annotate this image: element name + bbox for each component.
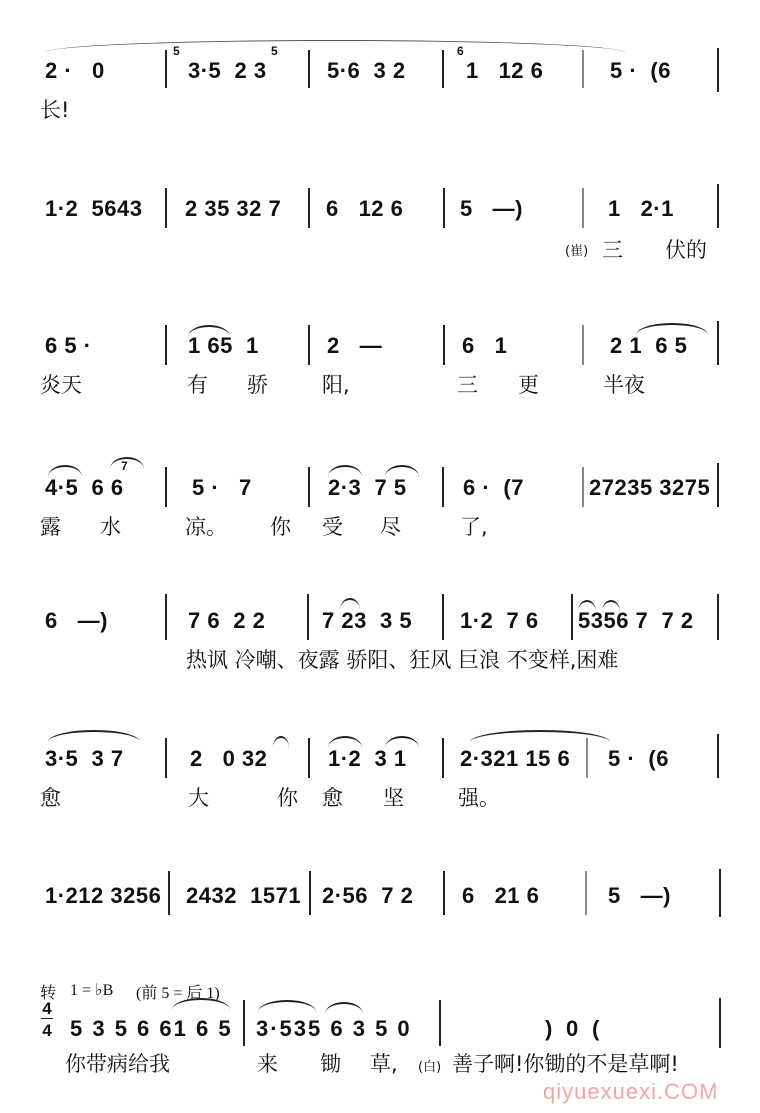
barline bbox=[165, 325, 167, 365]
measure-notes: 1 12 6 bbox=[466, 58, 543, 84]
barline bbox=[443, 871, 445, 915]
measure-notes: 5 —) bbox=[608, 883, 671, 909]
barline bbox=[717, 594, 719, 640]
lyric-text: 更 bbox=[518, 369, 539, 399]
lyric-text: 阳, bbox=[322, 369, 350, 399]
measure-notes: 5·6 3 2 bbox=[327, 58, 406, 84]
time-signature-line bbox=[41, 1018, 53, 1019]
lyric-text: 愈 bbox=[322, 782, 343, 812]
lyric-text: 炎天 bbox=[40, 369, 82, 399]
watermark: qiyuexuexi.COM bbox=[543, 1079, 718, 1105]
measure-notes: 5 · (6 bbox=[610, 58, 671, 84]
barline bbox=[243, 1000, 245, 1046]
grace-note: 5 bbox=[271, 44, 278, 58]
barline bbox=[165, 188, 167, 228]
barline bbox=[308, 188, 310, 228]
barline bbox=[582, 467, 584, 507]
measure-notes: 3·5 3 7 bbox=[45, 746, 124, 772]
measure-notes: 2 · 0 bbox=[45, 58, 105, 84]
slur-arc bbox=[325, 1002, 363, 1014]
tie-arc bbox=[45, 40, 625, 55]
barline bbox=[308, 325, 310, 365]
measure-notes: 1·212 3256 bbox=[45, 883, 161, 909]
measure-notes: 1 65 1 bbox=[188, 333, 259, 359]
barline bbox=[717, 734, 719, 778]
lyric-text: 露 bbox=[40, 511, 61, 541]
barline bbox=[439, 1000, 441, 1046]
barline bbox=[165, 738, 167, 778]
barline bbox=[717, 184, 719, 228]
measure-notes: 6 5 · bbox=[45, 333, 92, 359]
slur-arc bbox=[48, 730, 140, 742]
music-score: 2 · 0 5 5 3·5 2 3 5·6 3 2 6 1 12 6 5 · (… bbox=[0, 0, 760, 1113]
lyric-text: 锄 bbox=[320, 1048, 341, 1078]
barline bbox=[168, 871, 170, 915]
time-signature-bottom: 4 bbox=[40, 1022, 54, 1039]
time-signature-top: 4 bbox=[40, 1000, 54, 1017]
lyric-text: 长! bbox=[40, 94, 69, 124]
lyric-text: 你 bbox=[270, 511, 291, 541]
measure-notes: 1·2 5643 bbox=[45, 196, 142, 222]
lyric-text: 三 bbox=[602, 234, 623, 264]
measure-notes: 7 6 2 2 bbox=[188, 608, 265, 634]
lyric-text: 你带病给我 bbox=[65, 1048, 170, 1078]
barline bbox=[165, 467, 167, 507]
slur-arc bbox=[273, 736, 289, 748]
measure-notes: 2 35 32 7 bbox=[185, 196, 281, 222]
measure-notes: 6 —) bbox=[45, 608, 108, 634]
spoken-marker: (白) bbox=[418, 1056, 441, 1075]
measure-notes: 27235 3275 bbox=[589, 475, 710, 501]
measure-notes: 1·2 3 1 bbox=[328, 746, 407, 772]
slur-arc bbox=[258, 1000, 316, 1012]
lyric-text: 三 bbox=[457, 369, 478, 399]
key-signature: 1 = ♭B bbox=[70, 980, 113, 1000]
lyric-text: 凉。 bbox=[185, 511, 227, 541]
measure-notes: 3·535 6 3 5 0 bbox=[256, 1016, 412, 1042]
lyric-text: 了, bbox=[460, 511, 488, 541]
barline bbox=[442, 467, 444, 507]
barline bbox=[719, 869, 721, 917]
barline bbox=[717, 321, 719, 365]
slur-arc bbox=[470, 730, 610, 742]
barline bbox=[165, 594, 167, 640]
barline bbox=[442, 594, 444, 640]
lyric-text: 尽 bbox=[380, 511, 401, 541]
measure-notes: 2·3 7 5 bbox=[328, 475, 407, 501]
measure-notes: 2·56 7 2 bbox=[322, 883, 413, 909]
measure-notes: 5 3 5 6 61 6 5 bbox=[70, 1016, 233, 1042]
measure-notes: 2432 1571 bbox=[186, 883, 301, 909]
lyric-text: 半夜 bbox=[603, 369, 645, 399]
lyric-text: 来 bbox=[257, 1048, 278, 1078]
measure-notes: 2 — bbox=[327, 333, 382, 359]
grace-note: 5 bbox=[173, 44, 180, 58]
grace-note: 7 bbox=[121, 459, 128, 473]
lyric-text: 水 bbox=[100, 511, 121, 541]
barline bbox=[585, 871, 587, 915]
measure-notes: 1 2·1 bbox=[608, 196, 674, 222]
measure-notes: 7 23 3 5 bbox=[322, 608, 412, 634]
measure-notes: 2 1 6 5 bbox=[610, 333, 687, 359]
barline bbox=[443, 325, 445, 365]
measure-notes: 3·5 2 3 bbox=[188, 58, 267, 84]
measure-notes: 5 · (6 bbox=[608, 746, 669, 772]
barline bbox=[717, 48, 719, 92]
lyric-text: 坚 bbox=[383, 782, 404, 812]
measure-notes: 5 —) bbox=[460, 196, 523, 222]
lyric-text: 强。 bbox=[458, 782, 500, 812]
lyric-text: 你 bbox=[277, 782, 298, 812]
barline bbox=[308, 50, 310, 88]
barline bbox=[442, 738, 444, 778]
lyric-text: 骄 bbox=[247, 369, 268, 399]
barline bbox=[717, 463, 719, 507]
barline bbox=[582, 50, 584, 88]
lyric-text: 热讽 冷嘲、夜露 骄阳、狂风 巨浪 不变样,困难 bbox=[186, 644, 618, 674]
grace-note: 6 bbox=[457, 44, 464, 58]
barline bbox=[442, 50, 444, 88]
barline bbox=[582, 325, 584, 365]
barline bbox=[308, 738, 310, 778]
lyric-text: 伏的 bbox=[665, 234, 707, 264]
barline bbox=[443, 188, 445, 228]
measure-notes: 5 · 7 bbox=[192, 475, 252, 501]
barline bbox=[582, 188, 584, 228]
barline bbox=[719, 998, 721, 1048]
measure-notes: 1·2 7 6 bbox=[460, 608, 539, 634]
measure-notes: 6 · (7 bbox=[463, 475, 524, 501]
measure-notes: 5356 7 7 2 bbox=[578, 608, 694, 634]
lyric-text: 愈 bbox=[40, 782, 61, 812]
barline bbox=[571, 594, 573, 640]
barline bbox=[165, 50, 167, 88]
lyric-text: 草, bbox=[370, 1048, 398, 1078]
measure-notes: 6 21 6 bbox=[462, 883, 539, 909]
measure-notes: 2·321 15 6 bbox=[460, 746, 570, 772]
lyric-text: 受 bbox=[322, 511, 343, 541]
measure-notes: 4·5 6 6 bbox=[45, 475, 124, 501]
lyric-text: 大 bbox=[188, 782, 209, 812]
barline bbox=[309, 871, 311, 915]
measure-notes: 6 1 bbox=[462, 333, 507, 359]
measure-notes: 6 12 6 bbox=[326, 196, 403, 222]
measure-notes: ) 0 ( bbox=[545, 1016, 600, 1042]
singer-marker: (崔) bbox=[565, 240, 588, 259]
barline bbox=[307, 594, 309, 640]
barline bbox=[308, 467, 310, 507]
spoken-line: 善子啊!你锄的不是草啊! bbox=[452, 1048, 679, 1078]
measure-notes: 2 0 32 bbox=[190, 746, 267, 772]
barline bbox=[586, 738, 588, 778]
lyric-text: 有 bbox=[187, 369, 208, 399]
